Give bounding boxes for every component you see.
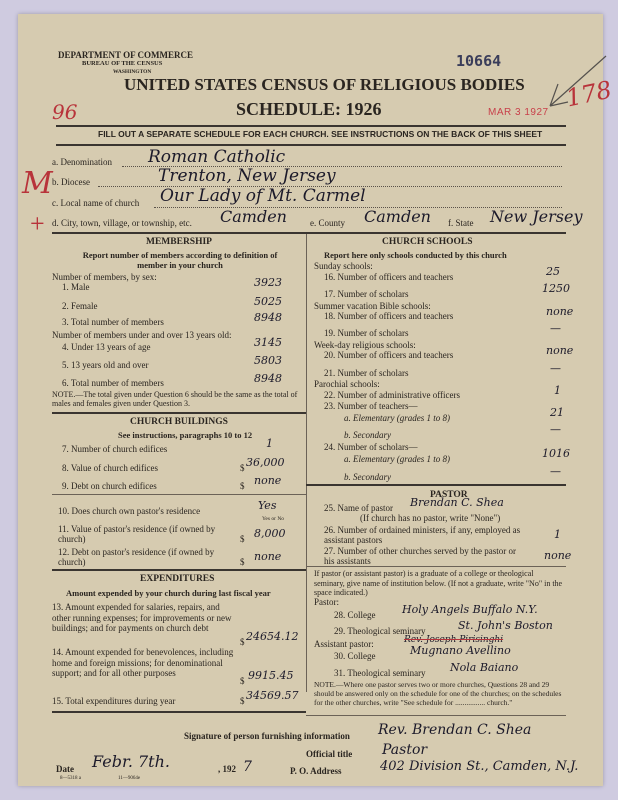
residence-debt-value: none — [254, 550, 281, 563]
year-suffix: 7 — [243, 759, 252, 775]
expenditure-running-value: 24654.12 — [246, 630, 299, 643]
pastor-heading: Pastor: — [314, 597, 339, 607]
dollar-sign: $ — [240, 557, 245, 567]
identification-rule — [52, 232, 566, 234]
summer-scholars-value: — — [550, 322, 561, 335]
schools-row-label: b. Secondary — [344, 430, 391, 440]
membership-female-value: 5025 — [254, 295, 282, 308]
form-code-1: 8—5318 a — [60, 776, 81, 781]
buildings-row-label: 8. Value of church edifices — [62, 463, 158, 473]
county-label: e. County — [310, 218, 345, 228]
po-address-value: 402 Division St., Camden, N.J. — [380, 759, 578, 774]
state-label: f. State — [448, 218, 474, 228]
pastor-rule — [306, 715, 566, 716]
assistant-pastors-value: 1 — [554, 528, 561, 541]
dollar-sign: $ — [240, 463, 245, 473]
census-schedule-sheet: DEPARTMENT OF COMMERCE BUREAU OF THE CEN… — [18, 14, 603, 786]
schools-rule — [306, 484, 566, 486]
buildings-subtitle: See instructions, paragraphs 10 to 12 — [118, 430, 252, 440]
schools-title: CHURCH SCHOOLS — [382, 237, 473, 247]
parochial-sec-teachers-value: — — [550, 423, 561, 436]
denomination-value: Roman Catholic — [148, 147, 285, 167]
diocese-label: b. Diocese — [52, 177, 90, 187]
residence-value: 8,000 — [254, 527, 286, 540]
parochial-schools-heading: Parochial schools: — [314, 379, 380, 389]
other-churches-label: 27. Number of other churches served by t… — [324, 546, 524, 566]
date-value: Febr. 7th. — [92, 752, 170, 771]
expenditures-title: EXPENDITURES — [140, 574, 214, 584]
pastor-name-hint: (If church has no pastor, write "None") — [360, 513, 500, 523]
sunday-scholars-value: 1250 — [542, 282, 570, 295]
expenditure-total-value: 34569.57 — [246, 689, 299, 702]
official-title-label: Official title — [306, 749, 352, 759]
pastor-name-value: Brendan C. Shea — [410, 496, 504, 509]
signature-label: Signature of person furnishing informati… — [184, 731, 350, 741]
buildings-rule — [52, 569, 306, 571]
asst-college-value: Mugnano Avellino — [410, 644, 511, 657]
annotation-96: 96 — [52, 100, 77, 124]
diocese-value: Trenton, New Jersey — [158, 166, 336, 186]
weekday-teachers-value: none — [546, 344, 573, 357]
buildings-row-label: 9. Debt on church edifices — [62, 481, 157, 491]
schools-row-label: 16. Number of officers and teachers — [324, 272, 453, 282]
expenditures-subtitle: Amount expended by your church during la… — [66, 588, 271, 598]
buildings-row-label: 12. Debt on pastor's residence (if owned… — [58, 547, 228, 567]
schools-row-label: 18. Number of officers and teachers — [324, 311, 453, 321]
seminary-value: St. John's Boston — [458, 619, 553, 632]
city-value: Camden — [220, 207, 287, 226]
sunday-teachers-value: 25 — [546, 265, 560, 278]
header-rule-bottom — [56, 144, 566, 146]
schools-row-label: 17. Number of scholars — [324, 289, 408, 299]
membership-total-value: 8948 — [254, 311, 282, 324]
schools-intro: Report here only schools conducted by th… — [324, 250, 507, 260]
date-label: Date — [56, 764, 74, 774]
schools-row-label: 24. Number of scholars— — [324, 442, 417, 452]
yes-no-hint: Yes or No — [262, 516, 284, 522]
membership-note: NOTE.—The total given under Question 6 s… — [52, 390, 302, 408]
buildings-row-label: 11. Value of pastor's residence (if owne… — [58, 524, 228, 544]
buildings-title: CHURCH BUILDINGS — [130, 417, 228, 427]
expenditure-row-label: 14. Amount expended for benevolences, in… — [52, 647, 237, 679]
membership-under13-value: 3145 — [254, 336, 282, 349]
dollar-sign: $ — [240, 481, 245, 491]
membership-rule — [52, 412, 306, 414]
form-title: UNITED STATES CENSUS OF RELIGIOUS BODIES — [124, 75, 525, 95]
year-prefix: , 192 — [218, 764, 236, 774]
state-value: New Jersey — [490, 207, 583, 226]
buildings-row-label: 10. Does church own pastor's residence — [58, 506, 200, 516]
asst-seminary-label: 31. Theological seminary — [334, 668, 426, 678]
asst-seminary-value: Nola Baiano — [450, 661, 518, 674]
department-label: DEPARTMENT OF COMMERCE — [58, 50, 193, 60]
po-address-label: P. O. Address — [290, 766, 342, 776]
expenditure-row-label: 15. Total expenditures during year — [52, 696, 175, 706]
buildings-divider — [52, 494, 306, 495]
college-label: 28. College — [334, 610, 376, 620]
column-divider — [306, 234, 307, 692]
college-value: Holy Angels Buffalo N.Y. — [402, 603, 538, 616]
sunday-schools-heading: Sunday schools: — [314, 261, 373, 271]
schools-row-label: 21. Number of scholars — [324, 368, 408, 378]
arrow-mark-icon — [528, 54, 608, 114]
schools-row-label: 23. Number of teachers— — [324, 401, 417, 411]
weekday-scholars-value: — — [550, 362, 561, 375]
membership-male-value: 3923 — [254, 276, 282, 289]
membership-total2-value: 8948 — [254, 372, 282, 385]
membership-row-label: 1. Male — [62, 282, 90, 292]
parochial-elem-teachers-value: 21 — [550, 406, 564, 419]
dollar-sign: $ — [240, 534, 245, 544]
parochial-elem-scholars-value: 1016 — [542, 447, 570, 460]
local-name-value: Our Lady of Mt. Carmel — [160, 186, 366, 206]
weekday-schools-heading: Week-day religious schools: — [314, 340, 416, 350]
official-title-value: Pastor — [382, 742, 427, 758]
other-churches-value: none — [544, 549, 571, 562]
assistant-pastors-label: 26. Number of ordained ministers, if any… — [324, 525, 524, 545]
county-value: Camden — [364, 207, 431, 226]
schools-row-label: a. Elementary (grades 1 to 8) — [344, 413, 450, 423]
membership-title: MEMBERSHIP — [146, 237, 212, 247]
city-label: d. City, town, village, or township, etc… — [52, 218, 192, 228]
membership-intro: Report number of members according to de… — [70, 250, 290, 270]
local-name-label: c. Local name of church — [52, 198, 139, 208]
schools-row-label: a. Elementary (grades 1 to 8) — [344, 454, 450, 464]
bureau-label: BUREAU OF THE CENSUS — [82, 60, 162, 67]
membership-row-label: 4. Under 13 years of age — [62, 342, 150, 352]
expenditure-row-label: 13. Amount expended for salaries, repair… — [52, 602, 237, 634]
parochial-sec-scholars-value: — — [550, 465, 561, 478]
summer-teachers-value: none — [546, 305, 573, 318]
edifices-value: 36,000 — [246, 456, 285, 469]
membership-by-sex: Number of members, by sex: — [52, 272, 157, 282]
margin-mark-m: M — [22, 166, 53, 201]
pastor-note: NOTE.—Where one pastor serves two or mor… — [314, 680, 564, 707]
margin-mark-plus: + — [30, 209, 45, 239]
owns-residence-value: Yes — [258, 499, 276, 512]
membership-row-label: 6. Total number of members — [62, 378, 164, 388]
expenditure-benevolence-value: 9915.45 — [248, 669, 294, 682]
schedule-title: SCHEDULE: 1926 — [236, 99, 382, 120]
graduate-note: If pastor (or assistant pastor) is a gra… — [314, 569, 564, 598]
denomination-label: a. Denomination — [52, 157, 112, 167]
membership-by-age: Number of members under and over 13 year… — [52, 330, 231, 340]
asst-college-label: 30. College — [334, 651, 376, 661]
expenditures-rule — [52, 711, 306, 713]
parochial-admin-value: 1 — [554, 384, 561, 397]
schools-row-label: 22. Number of administrative officers — [324, 390, 460, 400]
instruction-banner: FILL OUT A SEPARATE SCHEDULE FOR EACH CH… — [98, 129, 542, 139]
buildings-row-label: 7. Number of church edifices — [62, 444, 167, 454]
schools-row-label: 20. Number of officers and teachers — [324, 350, 453, 360]
membership-row-label: 3. Total number of members — [62, 317, 164, 327]
assistant-heading: Assistant pastor: — [314, 639, 374, 649]
membership-over13-value: 5803 — [254, 354, 282, 367]
membership-row-label: 2. Female — [62, 301, 98, 311]
schools-row-label: b. Secondary — [344, 472, 391, 482]
summer-schools-heading: Summer vacation Bible schools: — [314, 301, 431, 311]
pastor-divider — [306, 566, 566, 567]
form-code-2: 11—9064e — [118, 776, 140, 781]
schools-row-label: 19. Number of scholars — [324, 328, 408, 338]
edifices-debt-value: none — [254, 474, 281, 487]
serial-number: 10664 — [456, 52, 501, 70]
header-rule-top — [56, 125, 566, 127]
signature-value: Rev. Brendan C. Shea — [378, 722, 531, 738]
pastor-name-label: 25. Name of pastor — [324, 503, 393, 513]
edifices-count-value: 1 — [266, 437, 273, 450]
membership-row-label: 5. 13 years old and over — [62, 360, 148, 370]
